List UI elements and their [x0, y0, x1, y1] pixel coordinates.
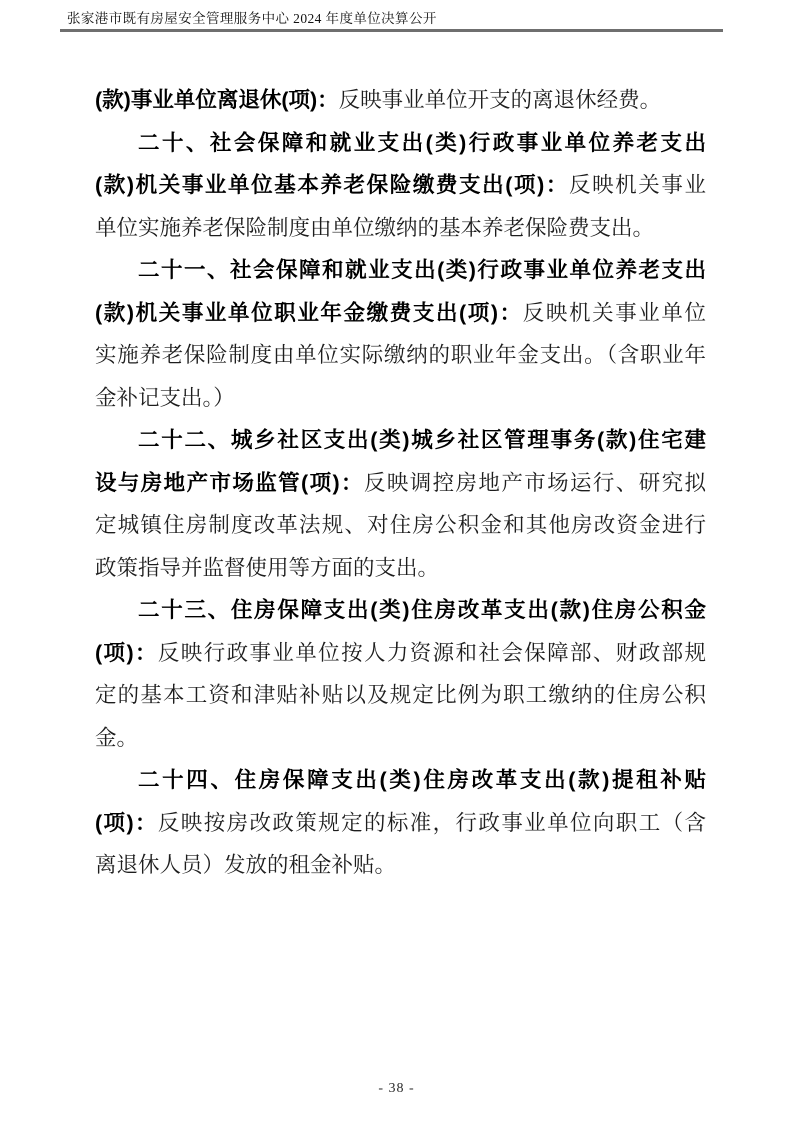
description-text: 反映机关事业: [569, 173, 706, 197]
description-text: 金补记支出。）: [95, 386, 235, 410]
category-label: 设与房地产市场监管(项)：: [95, 471, 364, 495]
category-label: 二十三、住房保障支出(类)住房改革支出(款)住房公积金: [138, 598, 706, 622]
text-line: (款)事业单位离退休(项)：反映事业单位开支的离退休经费。: [95, 79, 706, 122]
description-text: 反映按房改政策规定的标准，行政事业单位向职工（含: [158, 811, 706, 835]
text-line: 政策指导并监督使用等方面的支出。: [95, 547, 706, 590]
text-line: 金。: [95, 717, 706, 760]
text-line: 实施养老保险制度由单位实际缴纳的职业年金支出。（含职业年: [95, 334, 706, 377]
page-number: - 38 -: [0, 1079, 793, 1099]
description-text: 政策指导并监督使用等方面的支出。: [95, 556, 439, 580]
page-header: 张家港市既有房屋安全管理服务中心 2024 年度单位决算公开: [60, 0, 723, 32]
description-text: 反映机关事业单位: [523, 301, 706, 325]
document-body: (款)事业单位离退休(项)：反映事业单位开支的离退休经费。 二十、社会保障和就业…: [95, 79, 706, 887]
text-line: 二十二、城乡社区支出(类)城乡社区管理事务(款)住宅建: [95, 419, 706, 462]
description-text: 反映调控房地产市场运行、研究拟: [364, 471, 706, 495]
text-line: (款)机关事业单位基本养老保险缴费支出(项)：反映机关事业: [95, 164, 706, 207]
description-text: 实施养老保险制度由单位实际缴纳的职业年金支出。（含职业年: [95, 343, 706, 367]
text-line: 二十四、住房保障支出(类)住房改革支出(款)提租补贴: [95, 759, 706, 802]
description-text: 定的基本工资和津贴补贴以及规定比例为职工缴纳的住房公积: [95, 683, 706, 707]
text-line: 定城镇住房制度改革法规、对住房公积金和其他房改资金进行: [95, 504, 706, 547]
description-text: 离退休人员）发放的租金补贴。: [95, 853, 396, 877]
paragraph-item-21: 二十一、社会保障和就业支出(类)行政事业单位养老支出 (款)机关事业单位职业年金…: [95, 249, 706, 419]
text-line: (项)：反映行政事业单位按人力资源和社会保障部、财政部规: [95, 632, 706, 675]
text-line: (款)机关事业单位职业年金缴费支出(项)：反映机关事业单位: [95, 292, 706, 335]
category-label: 二十一、社会保障和就业支出(类)行政事业单位养老支出: [138, 258, 706, 282]
category-label: (项)：: [95, 811, 158, 835]
category-label: 二十四、住房保障支出(类)住房改革支出(款)提租补贴: [138, 768, 706, 792]
category-label: 二十、社会保障和就业支出(类)行政事业单位养老支出: [138, 131, 706, 155]
category-label: 二十二、城乡社区支出(类)城乡社区管理事务(款)住宅建: [138, 428, 706, 452]
header-title: 张家港市既有房屋安全管理服务中心 2024 年度单位决算公开: [60, 0, 723, 29]
paragraph-item-20: 二十、社会保障和就业支出(类)行政事业单位养老支出 (款)机关事业单位基本养老保…: [95, 122, 706, 250]
text-line: 单位实施养老保险制度由单位缴纳的基本养老保险费支出。: [95, 207, 706, 250]
description-text: 定城镇住房制度改革法规、对住房公积金和其他房改资金进行: [95, 513, 706, 537]
description-text: 单位实施养老保险制度由单位缴纳的基本养老保险费支出。: [95, 216, 654, 240]
category-label: (款)事业单位离退休(项)：: [95, 88, 339, 112]
text-line: 二十三、住房保障支出(类)住房改革支出(款)住房公积金: [95, 589, 706, 632]
text-line: 定的基本工资和津贴补贴以及规定比例为职工缴纳的住房公积: [95, 674, 706, 717]
document-page: 张家港市既有房屋安全管理服务中心 2024 年度单位决算公开 (款)事业单位离退…: [0, 0, 793, 1122]
paragraph-item-23: 二十三、住房保障支出(类)住房改革支出(款)住房公积金 (项)：反映行政事业单位…: [95, 589, 706, 759]
text-line: 金补记支出。）: [95, 377, 706, 420]
category-label: (款)机关事业单位职业年金缴费支出(项)：: [95, 301, 523, 325]
category-label: (项)：: [95, 641, 158, 665]
text-line: 设与房地产市场监管(项)：反映调控房地产市场运行、研究拟: [95, 462, 706, 505]
paragraph-retiree-funds: (款)事业单位离退休(项)：反映事业单位开支的离退休经费。: [95, 79, 706, 122]
paragraph-item-22: 二十二、城乡社区支出(类)城乡社区管理事务(款)住宅建 设与房地产市场监管(项)…: [95, 419, 706, 589]
text-line: 二十一、社会保障和就业支出(类)行政事业单位养老支出: [95, 249, 706, 292]
text-line: (项)：反映按房改政策规定的标准，行政事业单位向职工（含: [95, 802, 706, 845]
paragraph-item-24: 二十四、住房保障支出(类)住房改革支出(款)提租补贴 (项)：反映按房改政策规定…: [95, 759, 706, 887]
description-text: 反映行政事业单位按人力资源和社会保障部、财政部规: [158, 641, 706, 665]
description-text: 金。: [95, 726, 138, 750]
text-line: 离退休人员）发放的租金补贴。: [95, 844, 706, 887]
category-label: (款)机关事业单位基本养老保险缴费支出(项)：: [95, 173, 569, 197]
description-text: 反映事业单位开支的离退休经费。: [339, 88, 662, 112]
text-line: 二十、社会保障和就业支出(类)行政事业单位养老支出: [95, 122, 706, 165]
header-rule: [60, 29, 723, 32]
